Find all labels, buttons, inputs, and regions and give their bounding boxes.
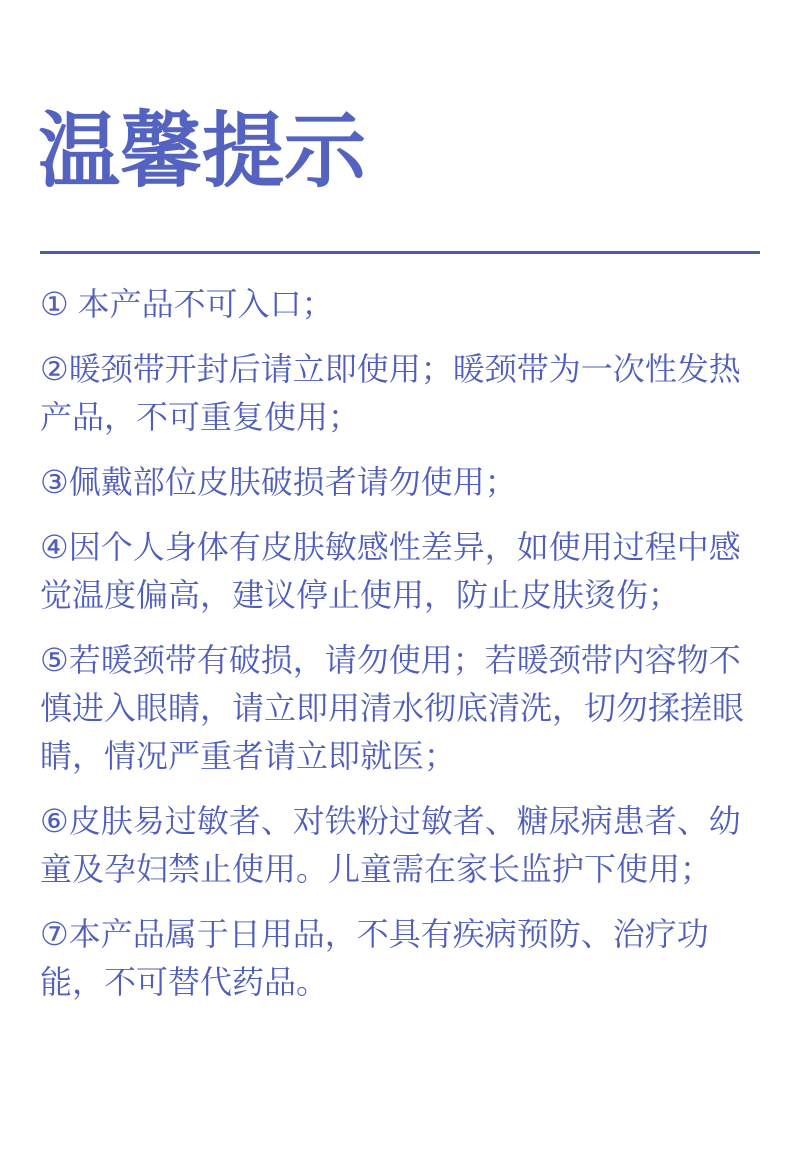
notice-item-6: ⑥皮肤易过敏者、对铁粉过敏者、糖尿病患者、幼童及孕妇禁止使用。儿童需在家长监护下…	[40, 797, 762, 893]
notice-item-4: ④因个人身体有皮肤敏感性差异，如使用过程中感觉温度偏高，建议停止使用，防止皮肤烫…	[40, 523, 762, 619]
notice-item-3: ③佩戴部位皮肤破损者请勿使用；	[40, 458, 762, 506]
notice-item-5: ⑤若暖颈带有破损，请勿使用；若暖颈带内容物不慎进入眼睛，请立即用清水彻底清洗，切…	[40, 636, 762, 780]
notice-item-2: ②暖颈带开封后请立即使用；暖颈带为一次性发热产品，不可重复使用；	[40, 345, 762, 441]
title-divider	[40, 251, 760, 254]
warm-tips-section: 温馨提示 ① 本产品不可入口； ②暖颈带开封后请立即使用；暖颈带为一次性发热产品…	[0, 0, 800, 1156]
notice-item-1: ① 本产品不可入口；	[40, 280, 762, 328]
page-title: 温馨提示	[38, 104, 366, 201]
notice-list: ① 本产品不可入口； ②暖颈带开封后请立即使用；暖颈带为一次性发热产品，不可重复…	[40, 280, 762, 1023]
notice-item-7: ⑦本产品属于日用品，不具有疾病预防、治疗功能，不可替代药品。	[40, 910, 762, 1006]
